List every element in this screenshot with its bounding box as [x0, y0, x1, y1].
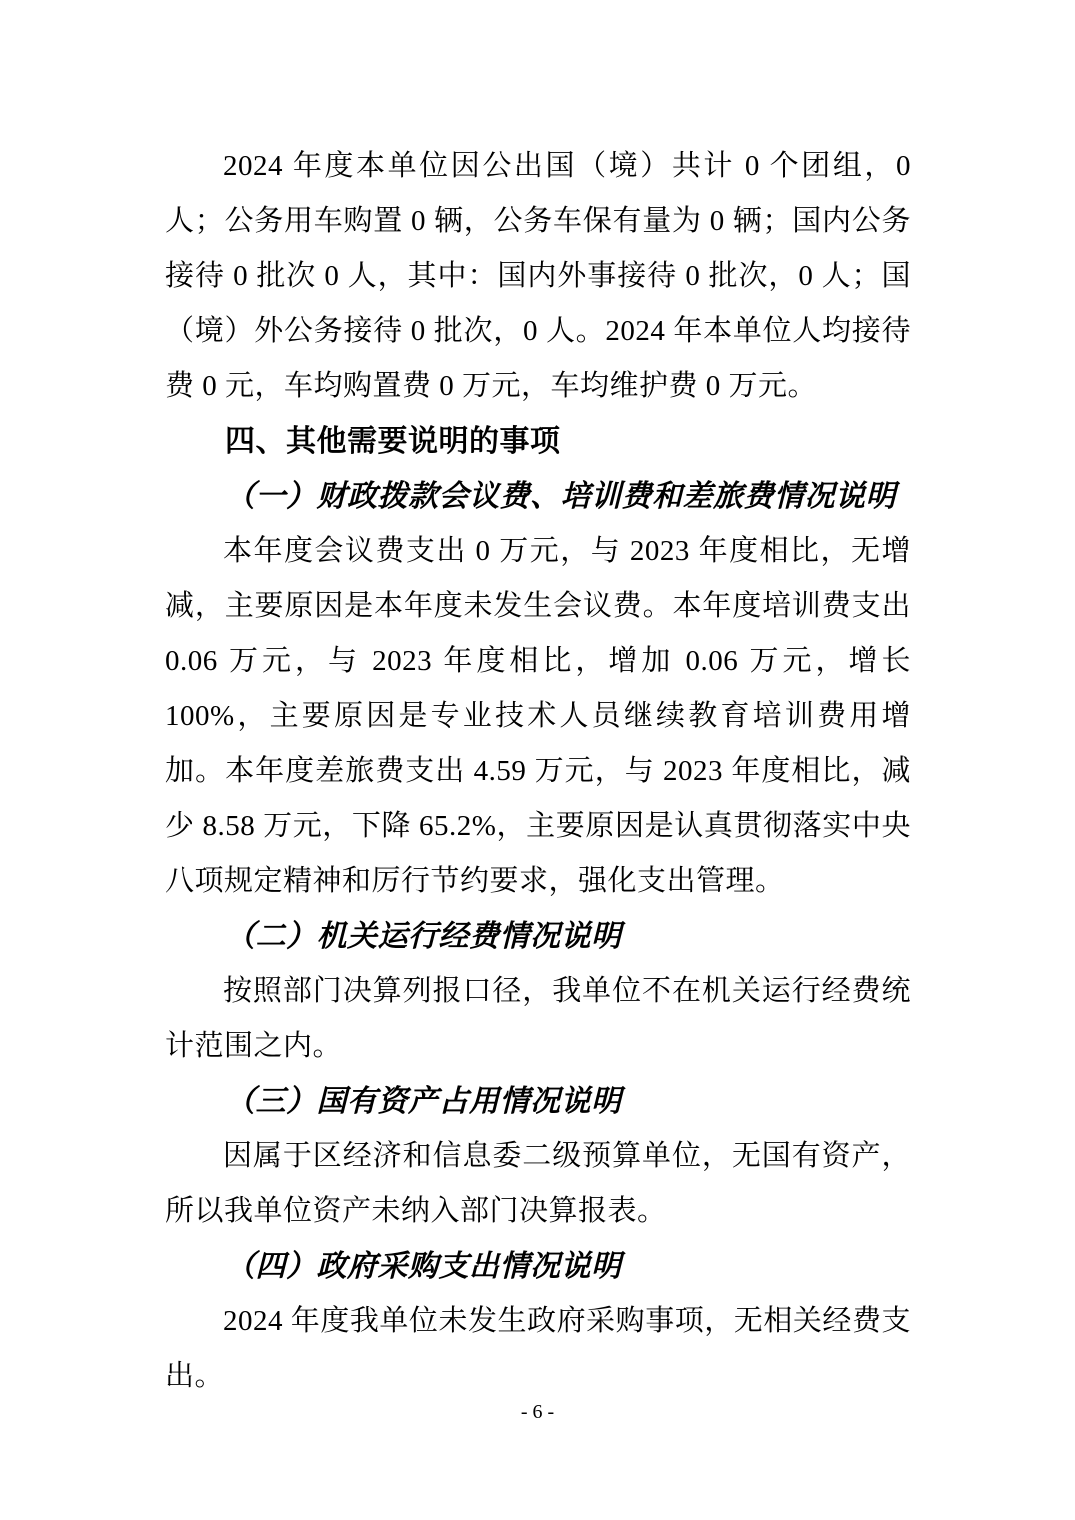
paragraph-three-public-expenses: 2024 年度本单位因公出国（境）共计 0 个团组，0 人；公务用车购置 0 辆…: [165, 139, 911, 414]
paragraph-government-procurement: 2024 年度我单位未发生政府采购事项，无相关经费支出。: [165, 1294, 911, 1404]
page-footer: - 6 -: [0, 1398, 1075, 1426]
page-number: - 6 -: [521, 1401, 554, 1423]
paragraph-state-assets: 因属于区经济和信息委二级预算单位，无国有资产，所以我单位资产未纳入部门决算报表。: [165, 1129, 911, 1239]
subsection-heading-meeting-training-travel: （一）财政拨款会议费、培训费和差旅费情况说明: [165, 469, 911, 524]
subsection-heading-operating-funds: （二）机关运行经费情况说明: [165, 909, 911, 964]
section-heading-other-items: 四、其他需要说明的事项: [165, 414, 911, 469]
subsection-heading-state-assets: （三）国有资产占用情况说明: [165, 1074, 911, 1129]
paragraph-meeting-training-travel: 本年度会议费支出 0 万元，与 2023 年度相比，无增减，主要原因是本年度未发…: [165, 524, 911, 909]
paragraph-operating-funds: 按照部门决算列报口径，我单位不在机关运行经费统计范围之内。: [165, 964, 911, 1074]
document-page: 2024 年度本单位因公出国（境）共计 0 个团组，0 人；公务用车购置 0 辆…: [0, 0, 1075, 1520]
page-content: 2024 年度本单位因公出国（境）共计 0 个团组，0 人；公务用车购置 0 辆…: [165, 139, 911, 1404]
subsection-heading-government-procurement: （四）政府采购支出情况说明: [165, 1239, 911, 1294]
